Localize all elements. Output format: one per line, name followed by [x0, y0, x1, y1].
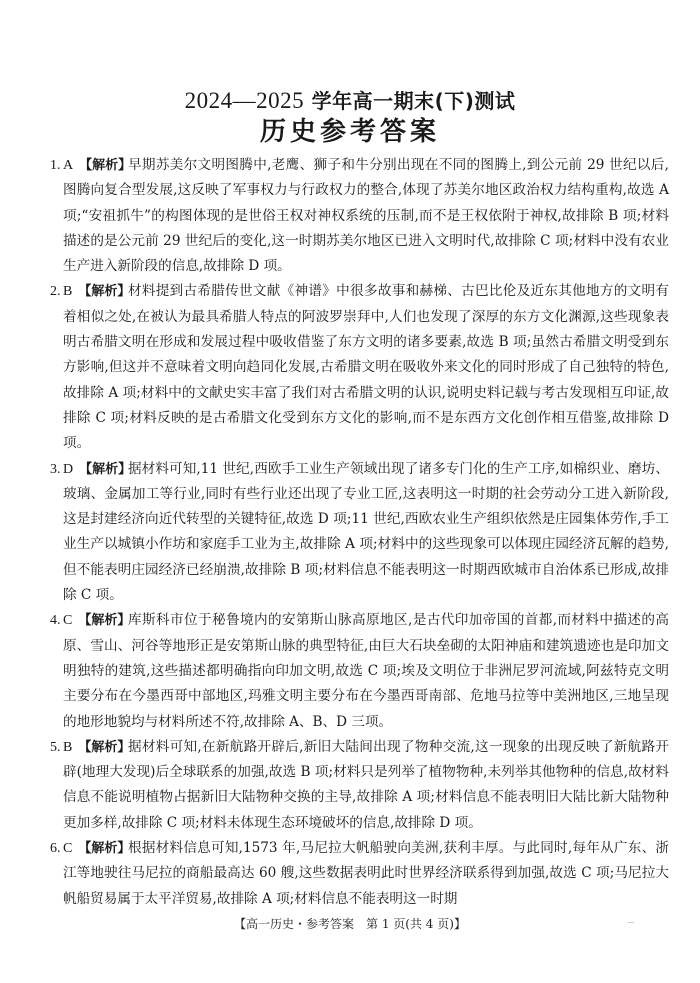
question-number: 2.: [50, 279, 61, 304]
title-year: 2024—2025: [185, 88, 305, 113]
answer-head: 2. B【解析】: [37, 279, 130, 304]
answer-explanation: 据材料可知,在新航路开辟后,新旧大陆间出现了物种交流,这一现象的出现反映了新航路…: [63, 735, 669, 836]
analysis-tag: 【解析】: [79, 158, 131, 173]
answer-head: 6. C【解析】: [37, 836, 130, 861]
page-footer: 【高一历史・参考答案 第 1 页(共 4 页)】: [0, 915, 700, 932]
answer-list: 1. A【解析】 早期苏美尔文明图腾中,老鹰、狮子和牛分别出现在不同的图腾上,到…: [37, 153, 669, 912]
answer-explanation: 早期苏美尔文明图腾中,老鹰、狮子和牛分别出现在不同的图腾上,到公元前 29 世纪…: [63, 153, 669, 279]
analysis-tag: 【解析】: [79, 462, 131, 477]
answer-letter: B: [63, 740, 72, 755]
answer-head: 4. C【解析】: [37, 608, 130, 633]
answer-head: 5. B【解析】: [37, 735, 130, 760]
answer-explanation: 材料提到古希腊传世文献《神谱》中很多故事和赫梯、古巴比伦及近东其他地方的文明有着…: [63, 279, 669, 456]
answer-letter: A: [63, 158, 73, 173]
question-number: 3.: [50, 457, 61, 482]
document-title: 2024—2025 学年高一期末(下)测试: [0, 86, 700, 117]
answer-item-5: 5. B【解析】 据材料可知,在新航路开辟后,新旧大陆间出现了物种交流,这一现象…: [37, 735, 669, 836]
answer-item-4: 4. C【解析】 库斯科市位于秘鲁境内的安第斯山脉高原地区,是古代印加帝国的首都…: [37, 608, 669, 734]
scan-mark: [628, 922, 634, 923]
question-number: 1.: [50, 153, 61, 178]
answer-item-2: 2. B【解析】 材料提到古希腊传世文献《神谱》中很多故事和赫梯、古巴比伦及近东…: [37, 279, 669, 456]
answer-letter: B: [63, 284, 72, 299]
analysis-tag: 【解析】: [78, 740, 130, 755]
answer-item-6: 6. C【解析】 根据材料信息可知,1573 年,马尼拉大帆船驶向美洲,获利丰厚…: [37, 836, 669, 912]
question-number: 5.: [50, 735, 61, 760]
question-number: 6.: [50, 836, 61, 861]
answer-letter: C: [63, 613, 72, 628]
analysis-tag: 【解析】: [78, 841, 130, 856]
answer-explanation: 据材料可知,11 世纪,西欧手工业生产领域出现了诸多专门化的生产工序,如棉织业、…: [63, 457, 669, 609]
analysis-tag: 【解析】: [78, 613, 130, 628]
title-text: 学年高一期末(下)测试: [312, 89, 516, 113]
answer-letter: C: [63, 841, 72, 856]
answer-head: 1. A【解析】: [37, 153, 131, 178]
answer-explanation: 库斯科市位于秘鲁境内的安第斯山脉高原地区,是古代印加帝国的首都,而材料中描述的高…: [63, 608, 669, 734]
answer-letter: D: [63, 462, 73, 477]
answer-item-3: 3. D【解析】 据材料可知,11 世纪,西欧手工业生产领域出现了诸多专门化的生…: [37, 457, 669, 609]
answer-explanation: 根据材料信息可知,1573 年,马尼拉大帆船驶向美洲,获利丰厚。与此同时,每年从…: [63, 836, 669, 912]
analysis-tag: 【解析】: [78, 284, 130, 299]
question-number: 4.: [50, 608, 61, 633]
answer-item-1: 1. A【解析】 早期苏美尔文明图腾中,老鹰、狮子和牛分别出现在不同的图腾上,到…: [37, 153, 669, 279]
document-subtitle: 历史参考答案: [0, 114, 700, 150]
answer-head: 3. D【解析】: [37, 457, 131, 482]
